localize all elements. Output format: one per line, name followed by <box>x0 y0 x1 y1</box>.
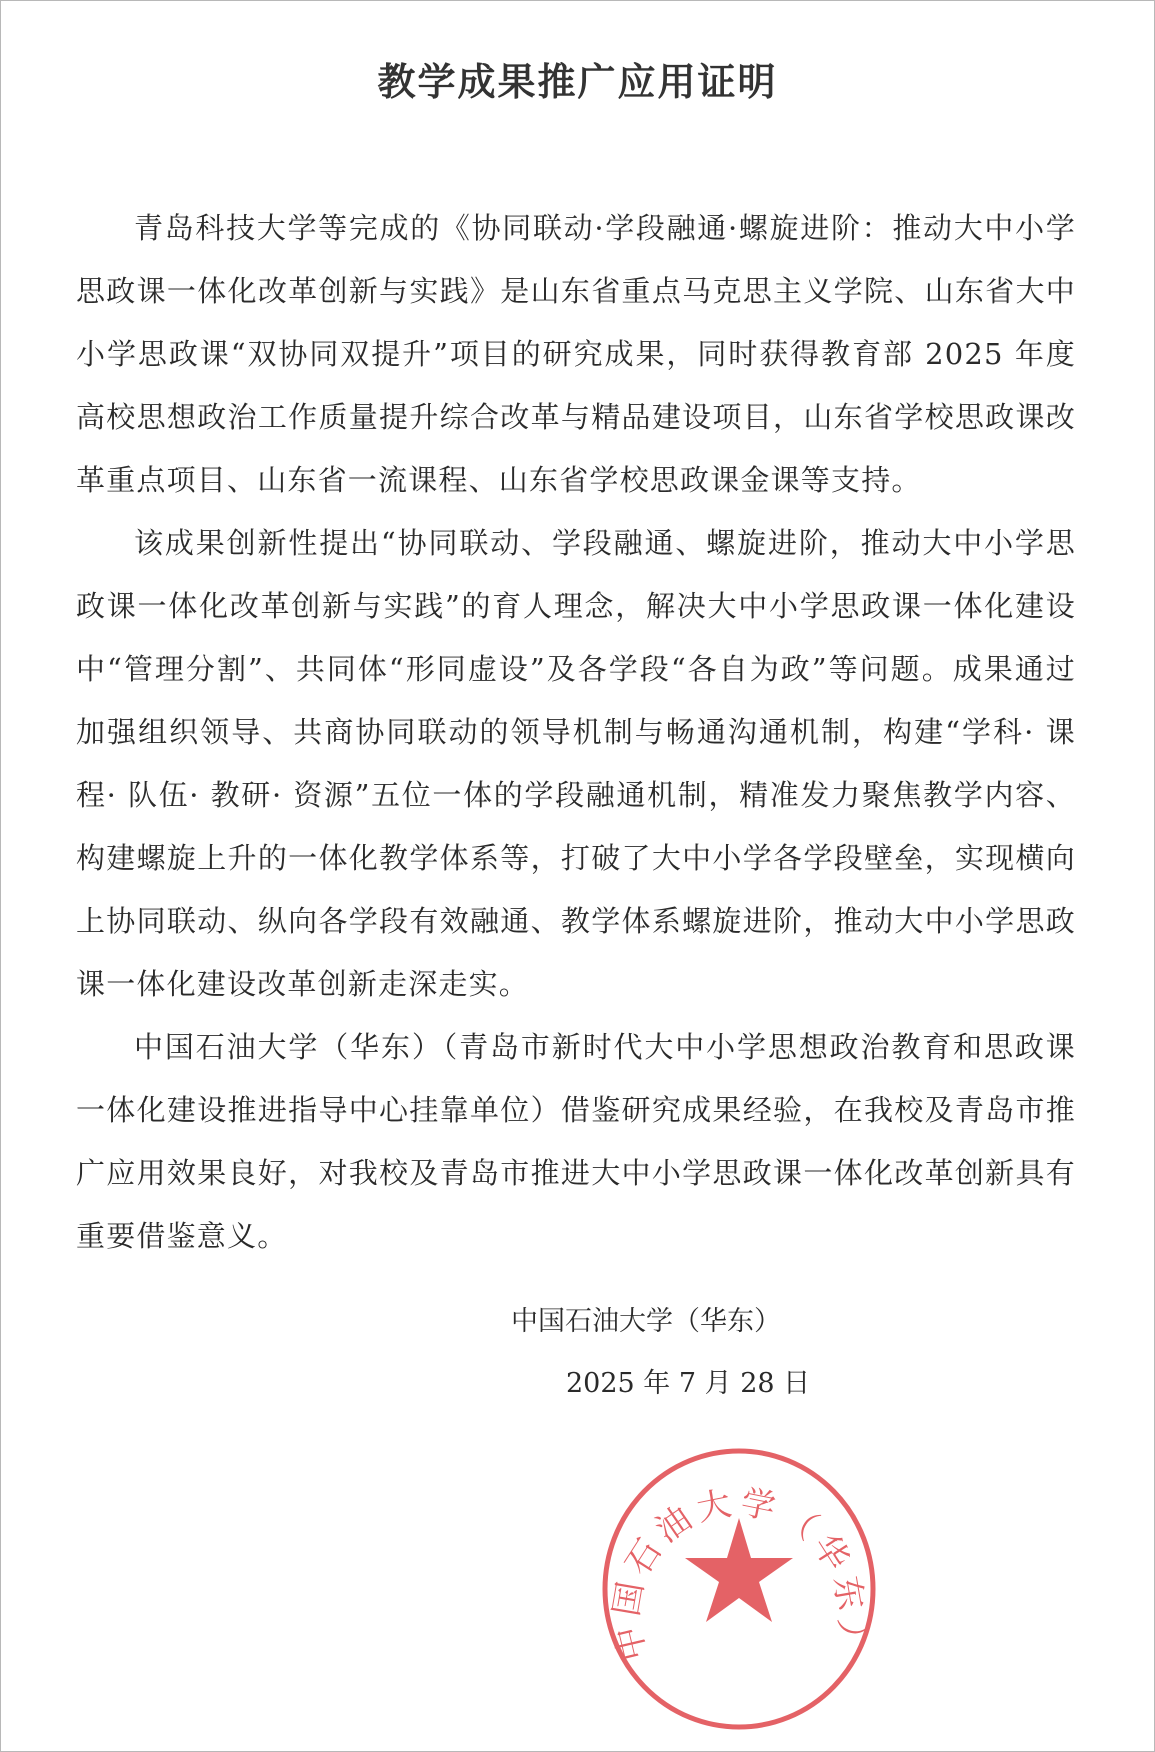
official-seal-stamp: 中国石油大学（华东） <box>599 1446 879 1731</box>
signature-organization: 中国石油大学（华东） <box>511 1291 911 1353</box>
document-body: 青岛科技大学等完成的《协同联动·学段融通·螺旋进阶：推动大中小学思政课一体化改革… <box>76 197 1076 1268</box>
signature-date: 2025 年 7 月 28 日 <box>511 1353 911 1415</box>
paragraph-1: 青岛科技大学等完成的《协同联动·学段融通·螺旋进阶：推动大中小学思政课一体化改革… <box>76 197 1076 512</box>
paragraph-3: 中国石油大学（华东）（青岛市新时代大中小学思想政治教育和思政课一体化建设推进指导… <box>76 1016 1076 1268</box>
signature-block: 中国石油大学（华东） 2025 年 7 月 28 日 <box>511 1291 911 1415</box>
document-page: 教学成果推广应用证明 青岛科技大学等完成的《协同联动·学段融通·螺旋进阶：推动大… <box>0 0 1155 1752</box>
paragraph-2: 该成果创新性提出“协同联动、学段融通、螺旋进阶，推动大中小学思政课一体化改革创新… <box>76 512 1076 1016</box>
star-icon <box>685 1518 793 1622</box>
document-title: 教学成果推广应用证明 <box>1 51 1154 106</box>
